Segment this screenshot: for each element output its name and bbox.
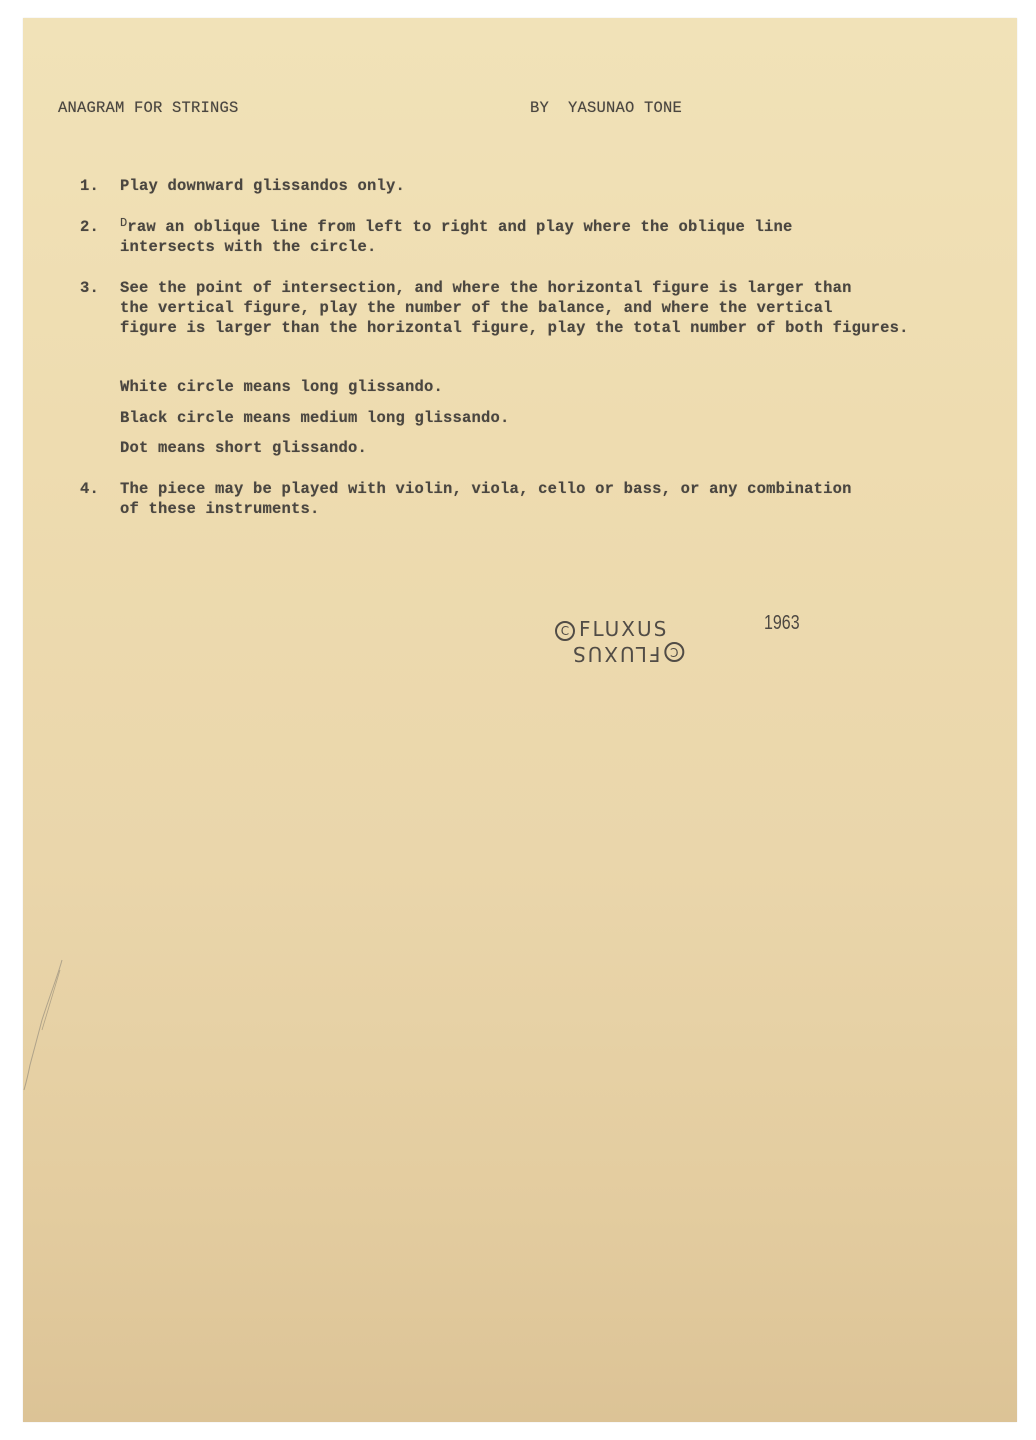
legend-black-circle: Black circle means medium long glissando… [120,408,510,429]
item-3-number: 3. [80,278,99,299]
item-4-line-2: of these instruments. [120,499,320,520]
legend-dot: Dot means short glissando. [120,438,367,459]
item-3-line-2: the vertical figure, play the number of … [120,298,833,319]
item-2-line-1: Draw an oblique line from left to right … [120,217,793,239]
copyright-icon-inverted: C [664,643,684,663]
item-1-number: 1. [80,176,99,197]
stamp-year: 1963 [764,612,800,635]
item-4-line-1: The piece may be played with violin, vio… [120,479,852,500]
pencil-mark-icon [20,955,70,1095]
item-3-line-1: See the point of intersection, and where… [120,278,852,299]
fluxus-stamp: CFLUXUS [555,617,668,641]
item-2-number: 2. [80,217,99,238]
item-4-number: 4. [80,479,99,500]
fluxus-stamp-inverted: CFLUXUS [571,642,684,666]
item-3-line-3: figure is larger than the horizontal fig… [120,318,909,339]
fluxus-stamp-text: FLUXUS [579,617,668,641]
document-byline: BY YASUNAO TONE [530,98,682,119]
item-1-text: Play downward glissandos only. [120,176,405,197]
item-2-line-1-text: raw an oblique line from left to right a… [127,218,792,236]
document-title: ANAGRAM FOR STRINGS [58,98,239,119]
raised-letter-d: D [120,216,127,230]
legend-white-circle: White circle means long glissando. [120,377,443,398]
item-2-line-2: intersects with the circle. [120,237,377,258]
copyright-icon: C [555,621,575,641]
fluxus-stamp-inverted-text: FLUXUS [571,642,660,666]
